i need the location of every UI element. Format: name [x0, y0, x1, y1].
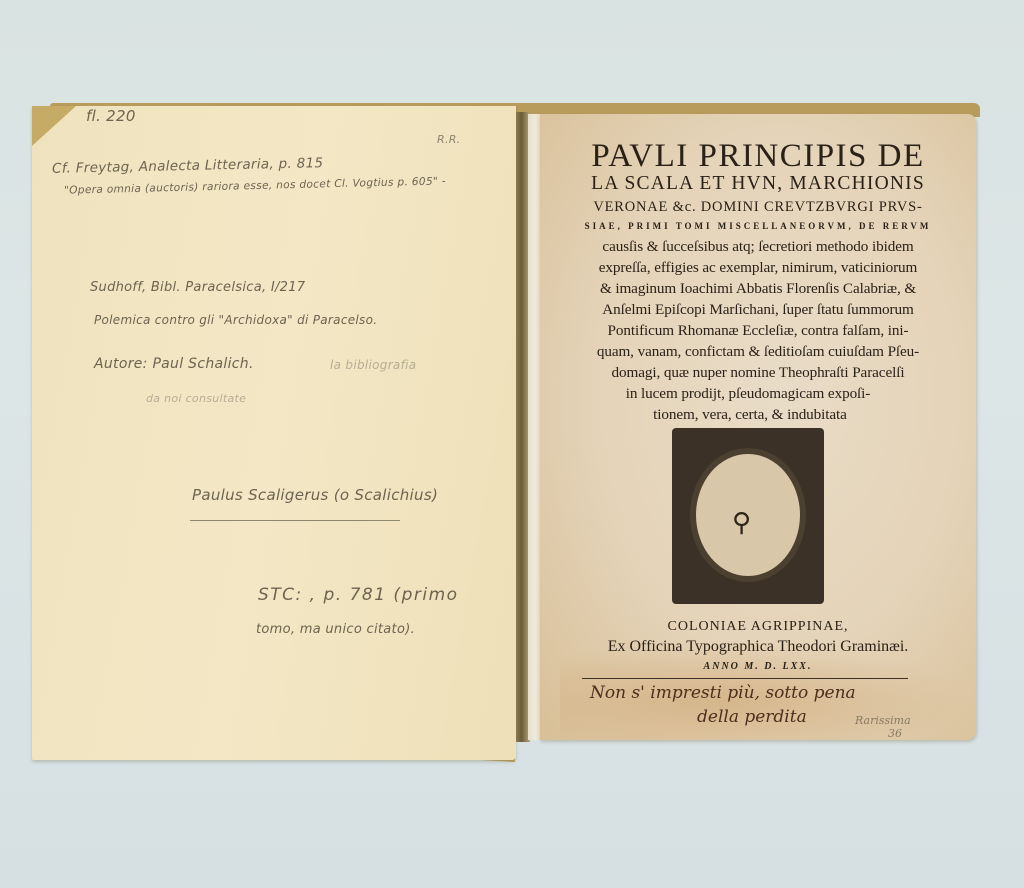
title-line-1: PAVLI PRINCIPIS DE: [548, 138, 968, 175]
underline: [190, 520, 400, 521]
imprint-place: COLONIAE AGRIPPINAE,: [548, 619, 968, 635]
note-stc: STC: , p. 781 (primo: [258, 585, 459, 605]
note-scaligerus: Paulus Scaligerus (o Scalichius): [192, 486, 438, 504]
shelfmark: fl. 220: [86, 107, 136, 125]
body-line-6: quam, vanam, confictam & ſeditioſam cuiu…: [548, 343, 968, 361]
faint-note-consultate: da noi consultate: [146, 392, 246, 405]
pencil-note-rarissima: Rarissima: [855, 714, 911, 727]
imprint-rule: [582, 678, 908, 679]
body-line-9: tionem, vera, certa, & indubitata: [540, 406, 960, 424]
title-line-3: VERONAE &c. DOMINI CREVTZBVRGI PRVS-: [548, 199, 968, 216]
note-sudhoff: Sudhoff, Bibl. Paracelsica, I/217: [90, 280, 305, 295]
title-line-2: LA SCALA ET HVN, MARCHIONIS: [548, 173, 968, 195]
body-line-2: expreſſa, effigies ac exemplar, nimirum,…: [548, 259, 968, 277]
imprint-printer: Ex Officina Typographica Theodori Gramin…: [548, 638, 968, 656]
manuscript-line-2: della perdita: [697, 707, 807, 727]
open-book: fl. 220 R.R. Cf. Freytag, Analecta Litte…: [0, 0, 1024, 888]
body-line-7: domagi, quæ nuper nomine Theophraſti Par…: [548, 364, 968, 382]
note-polemica: Polemica contro gli "Archidoxa" di Parac…: [94, 313, 377, 327]
imprint-year: ANNO M. D. LXX.: [548, 661, 968, 672]
pencil-number: 36: [888, 727, 902, 740]
body-line-8: in lucem prodijt, pſeudomagicam expoſi-: [538, 385, 958, 403]
note-autore: Autore: Paul Schalich.: [94, 356, 254, 372]
title-line-4: SIAE, PRIMI TOMI MISCELLANEORVM, DE RERV…: [548, 221, 968, 231]
initials: R.R.: [437, 133, 460, 146]
manuscript-line-1: Non s' impresti più, sotto pena: [590, 683, 856, 703]
body-line-4: Anſelmi Epiſcopi Marſichani, ſuper ſtatu…: [548, 301, 968, 319]
device-pentagram-icon: ⚲: [732, 508, 751, 538]
faint-note-bibliografia: la bibliografia: [330, 358, 416, 372]
body-line-1: causſis & ſucceſsibus atq; ſecretiori me…: [548, 238, 968, 256]
left-flyleaf-page: [32, 106, 516, 760]
body-line-3: & imaginum Ioachimi Abbatis Florenſis Ca…: [548, 280, 968, 298]
note-tomo: tomo, ma unico citato).: [256, 622, 415, 637]
body-line-5: Pontificum Rhomanæ Eccleſiæ, contra falſ…: [548, 322, 968, 340]
